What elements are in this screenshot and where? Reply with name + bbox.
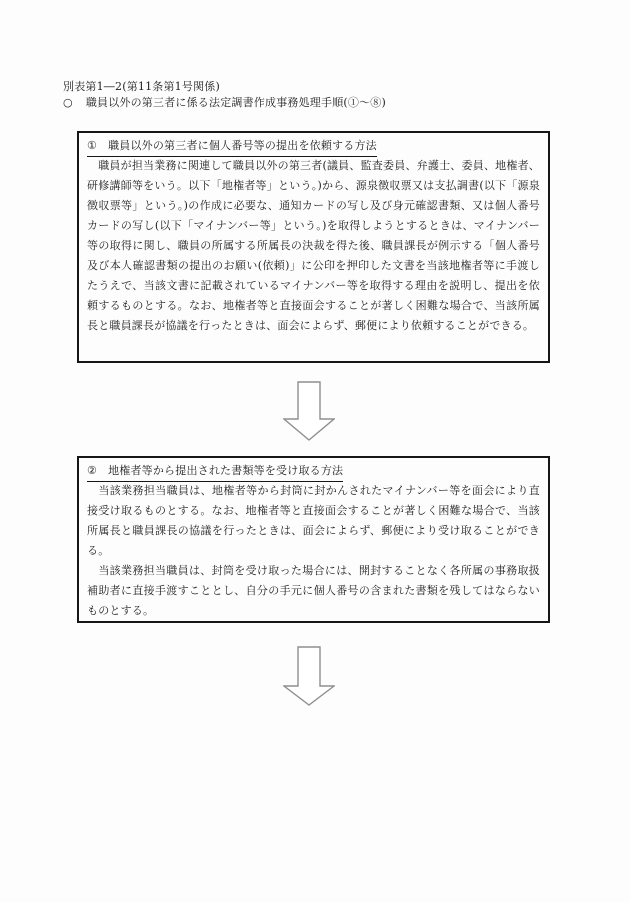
heading-marker: ○	[63, 95, 73, 111]
document-page: 別表第1―2(第11条第1号関係) ○職員以外の第三者に係る法定調書作成事務処理…	[0, 0, 630, 903]
down-block-arrow-icon-2	[283, 646, 335, 706]
down-block-arrow-icon-1	[283, 381, 335, 441]
document-heading: ○職員以外の第三者に係る法定調書作成事務処理手順(①～⑧)	[63, 95, 386, 111]
step-1-body: 職員が担当業務に関連して職員以外の第三者(議員、監査委員、弁護士、委員、地権者、…	[87, 156, 540, 336]
step-2-paragraph: 当該業務担当職員は、地権者等から封筒に封かんされたマイナンバー等を面会により直接…	[87, 481, 540, 561]
reference-label: 別表第1―2(第11条第1号関係)	[63, 79, 386, 95]
step-2-body: 当該業務担当職員は、地権者等から封筒に封かんされたマイナンバー等を面会により直接…	[87, 481, 540, 621]
step-1-paragraph: 職員が担当業務に関連して職員以外の第三者(議員、監査委員、弁護士、委員、地権者、…	[87, 156, 540, 336]
step-2-paragraph: 当該業務担当職員は、封筒を受け取った場合には、開封することなく各所属の事務取扱補…	[87, 561, 540, 621]
step-1-number: ①	[87, 136, 97, 156]
step-2-title-row: ②地権者等から提出された書類等を受け取る方法	[87, 461, 540, 481]
step-2-number: ②	[87, 461, 97, 481]
step-2-title-text: 地権者等から提出された書類等を受け取る方法	[108, 464, 343, 477]
step-1-title-row: ①職員以外の第三者に個人番号等の提出を依頼する方法	[87, 136, 540, 156]
step-1-title-text: 職員以外の第三者に個人番号等の提出を依頼する方法	[108, 139, 377, 152]
document-header: 別表第1―2(第11条第1号関係) ○職員以外の第三者に係る法定調書作成事務処理…	[63, 79, 386, 111]
step-box-1: ①職員以外の第三者に個人番号等の提出を依頼する方法 職員が担当業務に関連して職員…	[77, 131, 550, 363]
step-2-title: ②地権者等から提出された書類等を受け取る方法	[87, 461, 343, 482]
step-box-2: ②地権者等から提出された書類等を受け取る方法 当該業務担当職員は、地権者等から封…	[77, 456, 550, 623]
heading-text: 職員以外の第三者に係る法定調書作成事務処理手順(①～⑧)	[86, 96, 386, 109]
step-1-title: ①職員以外の第三者に個人番号等の提出を依頼する方法	[87, 136, 377, 157]
